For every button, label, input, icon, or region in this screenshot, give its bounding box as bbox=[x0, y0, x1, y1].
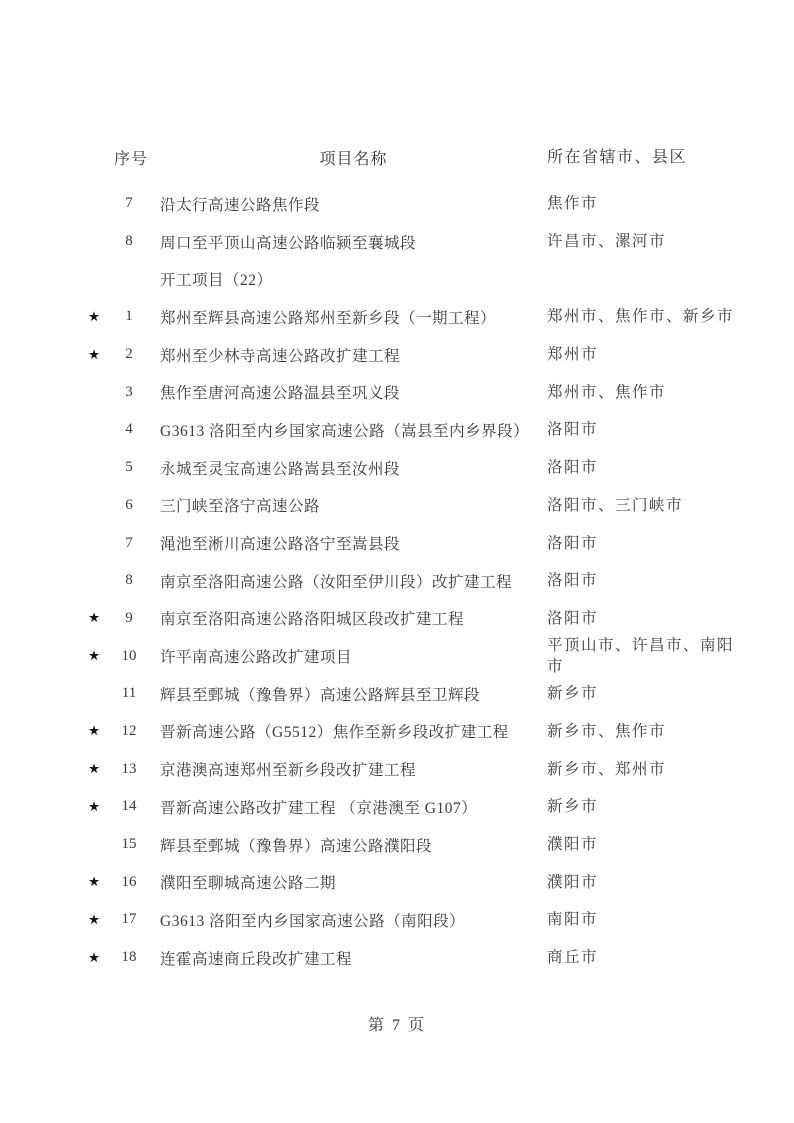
project-name: 南京至洛阳高速公路洛阳城区段改扩建工程 bbox=[160, 607, 547, 629]
document-page: 序号 项目名称 所在省辖市、县区 7 沿太行高速公路焦作段 焦作市 8 周口至平… bbox=[0, 0, 794, 1123]
project-name: 周口至平顶山高速公路临颍至襄城段 bbox=[160, 231, 547, 253]
table-row: ★ 17 G3613 洛阳至内乡国家高速公路（南阳段） 南阳市 bbox=[0, 901, 794, 939]
table-row: 11 辉县至鄄城（豫鲁界）高速公路辉县至卫辉段 新乡市 bbox=[0, 675, 794, 713]
project-name: 晋新高速公路改扩建工程 （京港澳至 G107） bbox=[160, 796, 547, 818]
table-row: ★ 1 郑州至辉县高速公路郑州至新乡段（一期工程） 郑州市、焦作市、新乡市 bbox=[0, 298, 794, 336]
row-index: 2 bbox=[114, 346, 144, 363]
row-index: 15 bbox=[114, 836, 144, 853]
star-icon: ★ bbox=[88, 347, 114, 363]
project-location: 洛阳市 bbox=[547, 457, 737, 478]
project-location: 洛阳市 bbox=[547, 608, 737, 629]
section-heading-row: 开工项目（22） bbox=[0, 260, 794, 298]
row-index: 5 bbox=[114, 459, 144, 476]
table-row: ★ 16 濮阳至聊城高速公路二期 濮阳市 bbox=[0, 863, 794, 901]
table-row: ★ 18 连霍高速商丘段改扩建工程 商丘市 bbox=[0, 939, 794, 977]
row-index: 16 bbox=[114, 874, 144, 891]
row-index: 6 bbox=[114, 497, 144, 514]
row-index: 14 bbox=[114, 798, 144, 815]
project-name: 连霍高速商丘段改扩建工程 bbox=[160, 947, 547, 969]
project-location: 郑州市、焦作市 bbox=[547, 382, 737, 403]
project-name: 京港澳高速郑州至新乡段改扩建工程 bbox=[160, 758, 547, 780]
project-location: 商丘市 bbox=[547, 947, 737, 968]
row-index: 7 bbox=[114, 195, 144, 212]
star-icon: ★ bbox=[88, 950, 114, 966]
star-icon: ★ bbox=[88, 761, 114, 777]
project-location: 新乡市 bbox=[547, 796, 737, 817]
row-index: 13 bbox=[114, 761, 144, 778]
star-icon: ★ bbox=[88, 874, 114, 890]
project-name: 辉县至鄄城（豫鲁界）高速公路濮阳段 bbox=[160, 834, 547, 856]
table-row: ★ 14 晋新高速公路改扩建工程 （京港澳至 G107） 新乡市 bbox=[0, 788, 794, 826]
project-name: 晋新高速公路（G5512）焦作至新乡段改扩建工程 bbox=[160, 720, 547, 742]
star-icon: ★ bbox=[88, 723, 114, 739]
project-location: 新乡市、郑州市 bbox=[547, 759, 737, 780]
star-icon: ★ bbox=[88, 610, 114, 626]
table-row: 8 周口至平顶山高速公路临颍至襄城段 许昌市、漯河市 bbox=[0, 223, 794, 261]
page-number: 第 7 页 bbox=[0, 1012, 794, 1035]
table-row: ★ 9 南京至洛阳高速公路洛阳城区段改扩建工程 洛阳市 bbox=[0, 600, 794, 638]
row-index: 17 bbox=[114, 911, 144, 928]
project-location: 平顶山市、许昌市、南阳市 bbox=[547, 635, 737, 677]
row-index: 7 bbox=[114, 535, 144, 552]
row-index: 12 bbox=[114, 723, 144, 740]
star-icon: ★ bbox=[88, 648, 114, 664]
project-name: 渑池至淅川高速公路洛宁至嵩县段 bbox=[160, 532, 547, 554]
project-location: 洛阳市 bbox=[547, 419, 737, 440]
row-index: 4 bbox=[114, 421, 144, 438]
project-name: 沿太行高速公路焦作段 bbox=[160, 193, 547, 215]
row-index: 1 bbox=[114, 308, 144, 325]
project-name: 许平南高速公路改扩建项目 bbox=[160, 645, 547, 667]
table-row: ★ 12 晋新高速公路（G5512）焦作至新乡段改扩建工程 新乡市、焦作市 bbox=[0, 713, 794, 751]
table-row: ★ 13 京港澳高速郑州至新乡段改扩建工程 新乡市、郑州市 bbox=[0, 750, 794, 788]
row-index: 3 bbox=[114, 384, 144, 401]
project-location: 许昌市、漯河市 bbox=[547, 231, 737, 252]
row-index: 10 bbox=[114, 648, 144, 665]
row-index: 18 bbox=[114, 949, 144, 966]
project-name: 辉县至鄄城（豫鲁界）高速公路辉县至卫辉段 bbox=[160, 683, 547, 705]
project-location: 洛阳市 bbox=[547, 533, 737, 554]
table-row: 5 永城至灵宝高速公路嵩县至汝州段 洛阳市 bbox=[0, 449, 794, 487]
row-index: 8 bbox=[114, 233, 144, 250]
project-location: 焦作市 bbox=[547, 193, 737, 214]
project-location: 濮阳市 bbox=[547, 834, 737, 855]
table-row: 3 焦作至唐河高速公路温县至巩义段 郑州市、焦作市 bbox=[0, 373, 794, 411]
table-row: 7 沿太行高速公路焦作段 焦作市 bbox=[0, 185, 794, 223]
project-name: 永城至灵宝高速公路嵩县至汝州段 bbox=[160, 457, 547, 479]
project-location: 郑州市、焦作市、新乡市 bbox=[547, 306, 737, 327]
star-icon: ★ bbox=[88, 309, 114, 325]
star-icon: ★ bbox=[88, 799, 114, 815]
project-location: 濮阳市 bbox=[547, 872, 737, 893]
row-index: 8 bbox=[114, 572, 144, 589]
project-name: 郑州至辉县高速公路郑州至新乡段（一期工程） bbox=[160, 306, 547, 328]
project-name: G3613 洛阳至内乡国家高速公路（南阳段） bbox=[160, 909, 547, 931]
project-location: 南阳市 bbox=[547, 909, 737, 930]
star-icon: ★ bbox=[88, 912, 114, 928]
table-row: 4 G3613 洛阳至内乡国家高速公路（嵩县至内乡界段） 洛阳市 bbox=[0, 411, 794, 449]
project-location: 洛阳市 bbox=[547, 570, 737, 591]
project-location: 新乡市、焦作市 bbox=[547, 721, 737, 742]
project-name: 郑州至少林寺高速公路改扩建工程 bbox=[160, 344, 547, 366]
table-row: 8 南京至洛阳高速公路（汝阳至伊川段）改扩建工程 洛阳市 bbox=[0, 562, 794, 600]
table-row: 7 渑池至淅川高速公路洛宁至嵩县段 洛阳市 bbox=[0, 524, 794, 562]
project-name: 三门峡至洛宁高速公路 bbox=[160, 494, 547, 516]
table-header-row: 序号 项目名称 所在省辖市、县区 bbox=[0, 145, 794, 169]
table-row: ★ 10 许平南高速公路改扩建项目 平顶山市、许昌市、南阳市 bbox=[0, 637, 794, 675]
header-location: 所在省辖市、县区 bbox=[547, 147, 737, 168]
project-name: G3613 洛阳至内乡国家高速公路（嵩县至内乡界段） bbox=[160, 419, 547, 441]
row-index: 9 bbox=[114, 610, 144, 627]
table-row: ★ 2 郑州至少林寺高速公路改扩建工程 郑州市 bbox=[0, 336, 794, 374]
row-index: 11 bbox=[114, 685, 144, 702]
project-location: 新乡市 bbox=[547, 683, 737, 704]
table-row: 6 三门峡至洛宁高速公路 洛阳市、三门峡市 bbox=[0, 487, 794, 525]
section-heading: 开工项目（22） bbox=[160, 268, 547, 290]
project-name: 焦作至唐河高速公路温县至巩义段 bbox=[160, 381, 547, 403]
header-index: 序号 bbox=[114, 146, 144, 169]
project-name: 南京至洛阳高速公路（汝阳至伊川段）改扩建工程 bbox=[160, 570, 547, 592]
header-project-name: 项目名称 bbox=[160, 146, 547, 169]
project-location: 郑州市 bbox=[547, 344, 737, 365]
table-row: 15 辉县至鄄城（豫鲁界）高速公路濮阳段 濮阳市 bbox=[0, 826, 794, 864]
project-location: 洛阳市、三门峡市 bbox=[547, 495, 737, 516]
project-name: 濮阳至聊城高速公路二期 bbox=[160, 871, 547, 893]
project-table: 7 沿太行高速公路焦作段 焦作市 8 周口至平顶山高速公路临颍至襄城段 许昌市、… bbox=[0, 185, 794, 976]
